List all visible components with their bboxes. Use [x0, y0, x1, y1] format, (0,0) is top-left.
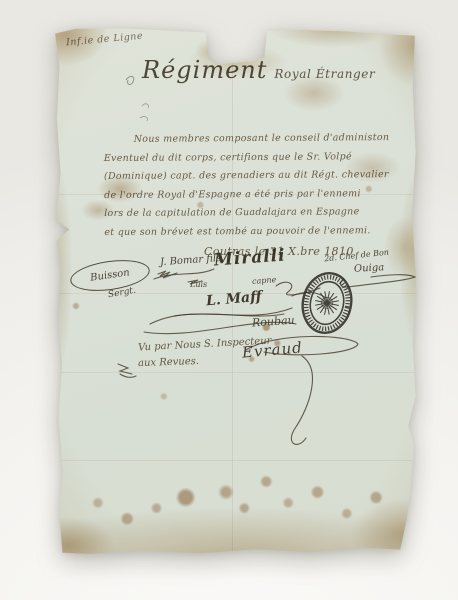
body-line: de l'ordre Royal d'Espagne a été pris pa… — [104, 185, 406, 206]
document-title: Régiment Royal Étranger — [142, 56, 375, 84]
title-main: Régiment — [142, 56, 267, 84]
paper-shadow-wrap: Inf.ie de Ligne Régiment Royal Étranger … — [0, 0, 458, 600]
corner-annotation: Inf.ie de Ligne — [66, 31, 144, 49]
body-line: (Dominique) capt. des grenadiers au dit … — [104, 166, 406, 187]
photo-stage: Inf.ie de Ligne Régiment Royal Étranger … — [0, 0, 458, 600]
body-line: lors de la capitulation de Guadalajara e… — [104, 203, 406, 224]
title-sub: Royal Étranger — [274, 67, 375, 81]
body-line: Nous membres composant le conseil d'admi… — [104, 129, 406, 150]
ink-squiggle-marks — [122, 66, 156, 126]
body-line: Eventuel du dit corps, certifions que le… — [104, 148, 406, 169]
signature-flourishes — [54, 224, 420, 484]
document-paper: Inf.ie de Ligne Régiment Royal Étranger … — [54, 24, 420, 556]
document-content: Inf.ie de Ligne Régiment Royal Étranger … — [54, 24, 420, 556]
